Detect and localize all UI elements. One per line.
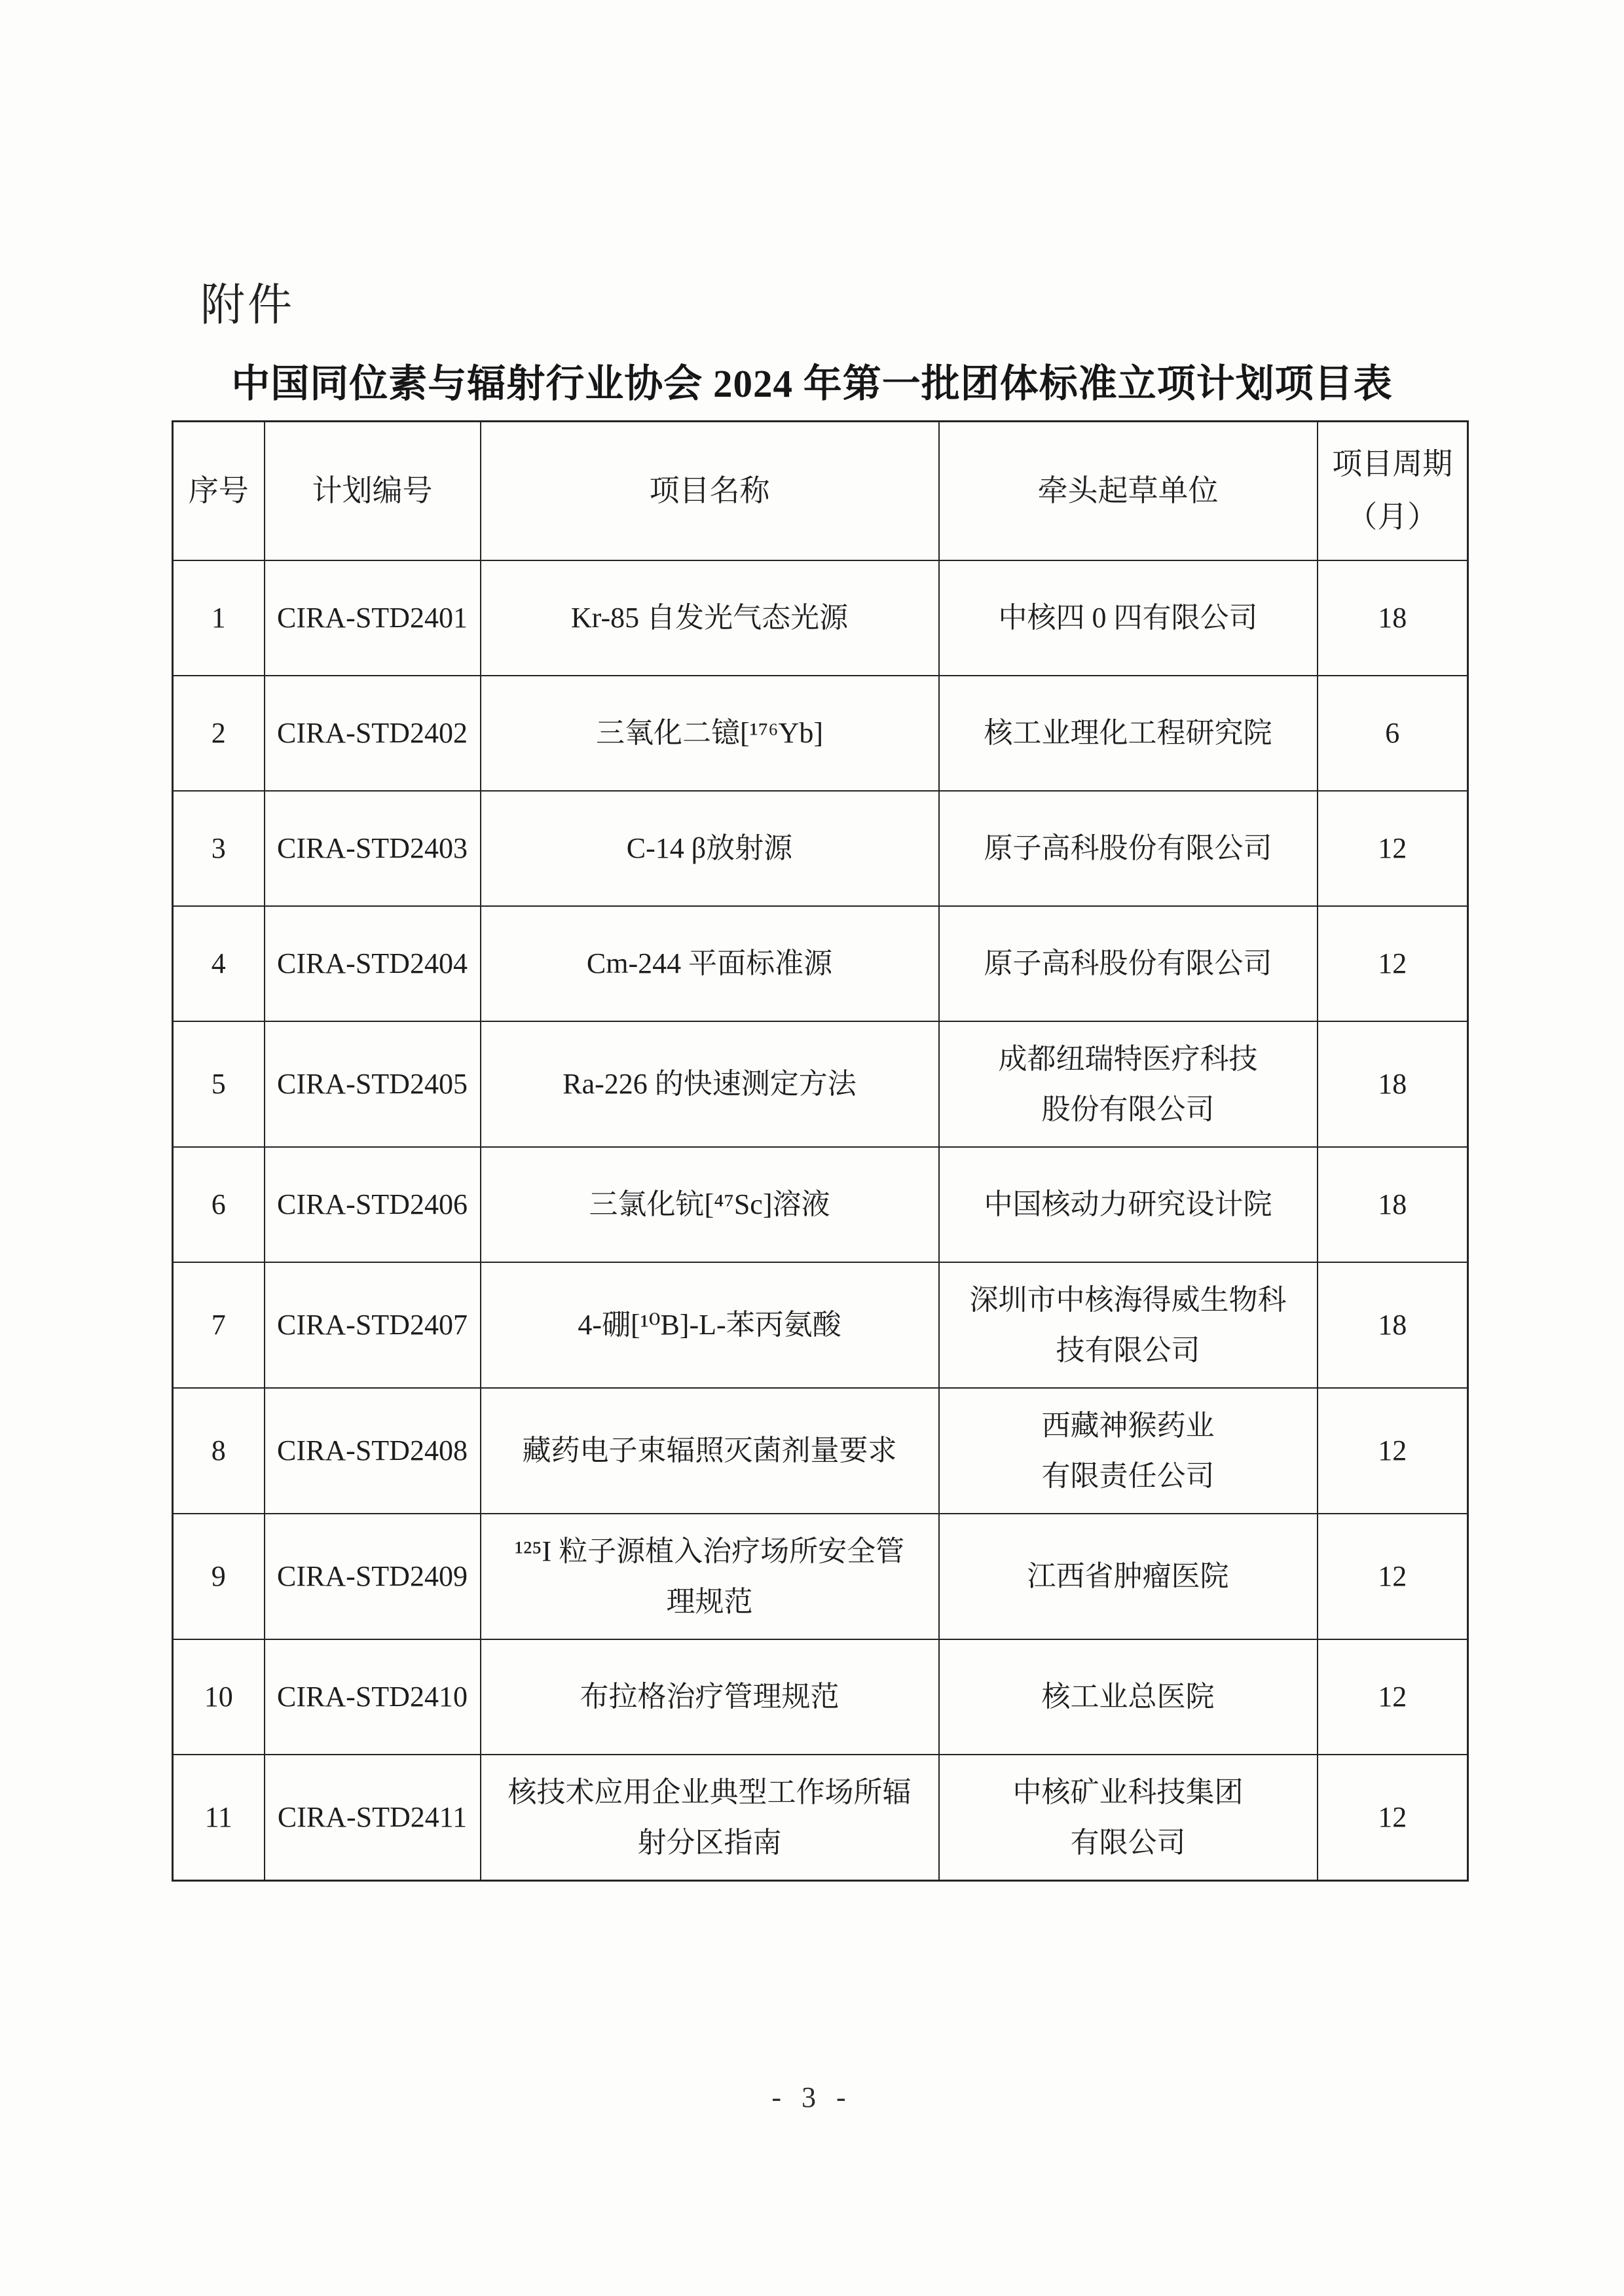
row-index-cell: 3 [173, 791, 265, 906]
table-row: 3CIRA-STD2403C-14 β放射源原子高科股份有限公司12 [173, 791, 1468, 906]
col-header-project-name: 项目名称 [481, 422, 939, 560]
plan-code-cell: CIRA-STD2409 [265, 1514, 481, 1639]
table-row: 8CIRA-STD2408藏药电子束辐照灭菌剂量要求西藏神猴药业 有限责任公司1… [173, 1388, 1468, 1514]
drafting-org-cell: 江西省肿瘤医院 [939, 1514, 1318, 1639]
plan-code-cell: CIRA-STD2407 [265, 1262, 481, 1388]
row-index-cell: 11 [173, 1755, 265, 1881]
plan-code-cell: CIRA-STD2408 [265, 1388, 481, 1514]
project-period-cell: 12 [1318, 1388, 1468, 1514]
plan-code-cell: CIRA-STD2411 [265, 1755, 481, 1881]
col-header-index: 序号 [173, 422, 265, 560]
project-period-cell: 12 [1318, 1755, 1468, 1881]
project-name-cell: Kr-85 自发光气态光源 [481, 560, 939, 676]
project-name-cell: 三氧化二镱[¹⁷⁶Yb] [481, 676, 939, 791]
row-index-cell: 8 [173, 1388, 265, 1514]
plan-code-cell: CIRA-STD2401 [265, 560, 481, 676]
table-row: 1CIRA-STD2401Kr-85 自发光气态光源中核四 0 四有限公司18 [173, 560, 1468, 676]
plan-code-cell: CIRA-STD2403 [265, 791, 481, 906]
project-name-cell: 布拉格治疗管理规范 [481, 1639, 939, 1755]
plan-code-cell: CIRA-STD2406 [265, 1147, 481, 1262]
row-index-cell: 4 [173, 906, 265, 1021]
table-row: 5CIRA-STD2405Ra-226 的快速测定方法成都纽瑞特医疗科技 股份有… [173, 1021, 1468, 1147]
row-index-cell: 1 [173, 560, 265, 676]
row-index-cell: 10 [173, 1639, 265, 1755]
project-name-cell: 核技术应用企业典型工作场所辐 射分区指南 [481, 1755, 939, 1881]
row-index-cell: 6 [173, 1147, 265, 1262]
table-row: 2CIRA-STD2402三氧化二镱[¹⁷⁶Yb]核工业理化工程研究院6 [173, 676, 1468, 791]
table-row: 9CIRA-STD2409¹²⁵I 粒子源植入治疗场所安全管 理规范江西省肿瘤医… [173, 1514, 1468, 1639]
project-period-cell: 6 [1318, 676, 1468, 791]
project-name-cell: 4-硼[¹⁰B]-L-苯丙氨酸 [481, 1262, 939, 1388]
table-row: 7CIRA-STD24074-硼[¹⁰B]-L-苯丙氨酸深圳市中核海得威生物科 … [173, 1262, 1468, 1388]
table-row: 10CIRA-STD2410布拉格治疗管理规范核工业总医院12 [173, 1639, 1468, 1755]
project-period-cell: 18 [1318, 1021, 1468, 1147]
page-title: 中国同位素与辐射行业协会 2024 年第一批团体标准立项计划项目表 [0, 352, 1624, 408]
drafting-org-cell: 原子高科股份有限公司 [939, 906, 1318, 1021]
projects-table: 序号 计划编号 项目名称 牵头起草单位 项目周期 （月） 1CIRA-STD24… [172, 420, 1469, 1882]
project-period-cell: 12 [1318, 906, 1468, 1021]
drafting-org-cell: 成都纽瑞特医疗科技 股份有限公司 [939, 1021, 1318, 1147]
project-period-cell: 18 [1318, 560, 1468, 676]
row-index-cell: 2 [173, 676, 265, 791]
project-name-cell: 藏药电子束辐照灭菌剂量要求 [481, 1388, 939, 1514]
row-index-cell: 7 [173, 1262, 265, 1388]
plan-code-cell: CIRA-STD2404 [265, 906, 481, 1021]
project-name-cell: ¹²⁵I 粒子源植入治疗场所安全管 理规范 [481, 1514, 939, 1639]
project-period-cell: 18 [1318, 1262, 1468, 1388]
table-row: 11CIRA-STD2411核技术应用企业典型工作场所辐 射分区指南中核矿业科技… [173, 1755, 1468, 1881]
plan-code-cell: CIRA-STD2410 [265, 1639, 481, 1755]
row-index-cell: 5 [173, 1021, 265, 1147]
row-index-cell: 9 [173, 1514, 265, 1639]
col-header-project-period: 项目周期 （月） [1318, 422, 1468, 560]
drafting-org-cell: 中核矿业科技集团 有限公司 [939, 1755, 1318, 1881]
project-period-cell: 12 [1318, 1639, 1468, 1755]
drafting-org-cell: 核工业理化工程研究院 [939, 676, 1318, 791]
table-header-row: 序号 计划编号 项目名称 牵头起草单位 项目周期 （月） [173, 422, 1468, 560]
table-row: 4CIRA-STD2404Cm-244 平面标准源原子高科股份有限公司12 [173, 906, 1468, 1021]
project-period-cell: 12 [1318, 791, 1468, 906]
document-page: 附件 中国同位素与辐射行业协会 2024 年第一批团体标准立项计划项目表 序号 … [0, 0, 1624, 2296]
project-name-cell: Cm-244 平面标准源 [481, 906, 939, 1021]
plan-code-cell: CIRA-STD2402 [265, 676, 481, 791]
drafting-org-cell: 中国核动力研究设计院 [939, 1147, 1318, 1262]
plan-code-cell: CIRA-STD2405 [265, 1021, 481, 1147]
project-period-cell: 18 [1318, 1147, 1468, 1262]
col-header-drafting-org: 牵头起草单位 [939, 422, 1318, 560]
project-name-cell: 三氯化钪[⁴⁷Sc]溶液 [481, 1147, 939, 1262]
drafting-org-cell: 中核四 0 四有限公司 [939, 560, 1318, 676]
drafting-org-cell: 深圳市中核海得威生物科 技有限公司 [939, 1262, 1318, 1388]
drafting-org-cell: 核工业总医院 [939, 1639, 1318, 1755]
col-header-plan-code: 计划编号 [265, 422, 481, 560]
project-name-cell: C-14 β放射源 [481, 791, 939, 906]
table-row: 6CIRA-STD2406三氯化钪[⁴⁷Sc]溶液中国核动力研究设计院18 [173, 1147, 1468, 1262]
page-number: - 3 - [0, 2081, 1624, 2114]
project-name-cell: Ra-226 的快速测定方法 [481, 1021, 939, 1147]
drafting-org-cell: 原子高科股份有限公司 [939, 791, 1318, 906]
attachment-label: 附件 [200, 270, 295, 333]
drafting-org-cell: 西藏神猴药业 有限责任公司 [939, 1388, 1318, 1514]
project-period-cell: 12 [1318, 1514, 1468, 1639]
